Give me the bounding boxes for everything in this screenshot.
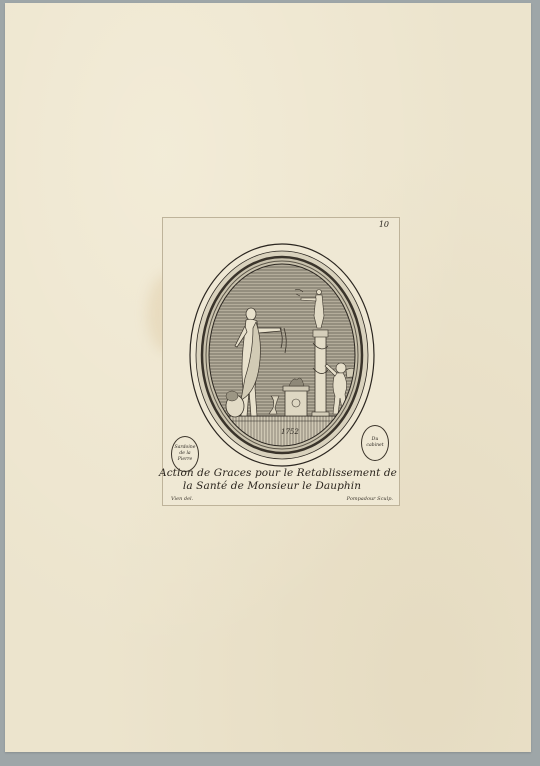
designer-credit: Vien del.	[171, 496, 193, 502]
title-line-2: la Santé de Monsieur le Dauphin	[153, 480, 391, 492]
engraver-credit: Pompadour Sculp.	[347, 496, 393, 502]
title-line-1: Action de Graces pour le Retablissement …	[159, 467, 397, 479]
paper-sheet: 10	[5, 3, 531, 752]
oval-medallion-engraving	[163, 218, 401, 507]
print-plate: 10	[162, 217, 400, 506]
right-roundel-inscription: Du cabinet	[361, 425, 389, 461]
year-inscription: 1752	[281, 428, 299, 436]
